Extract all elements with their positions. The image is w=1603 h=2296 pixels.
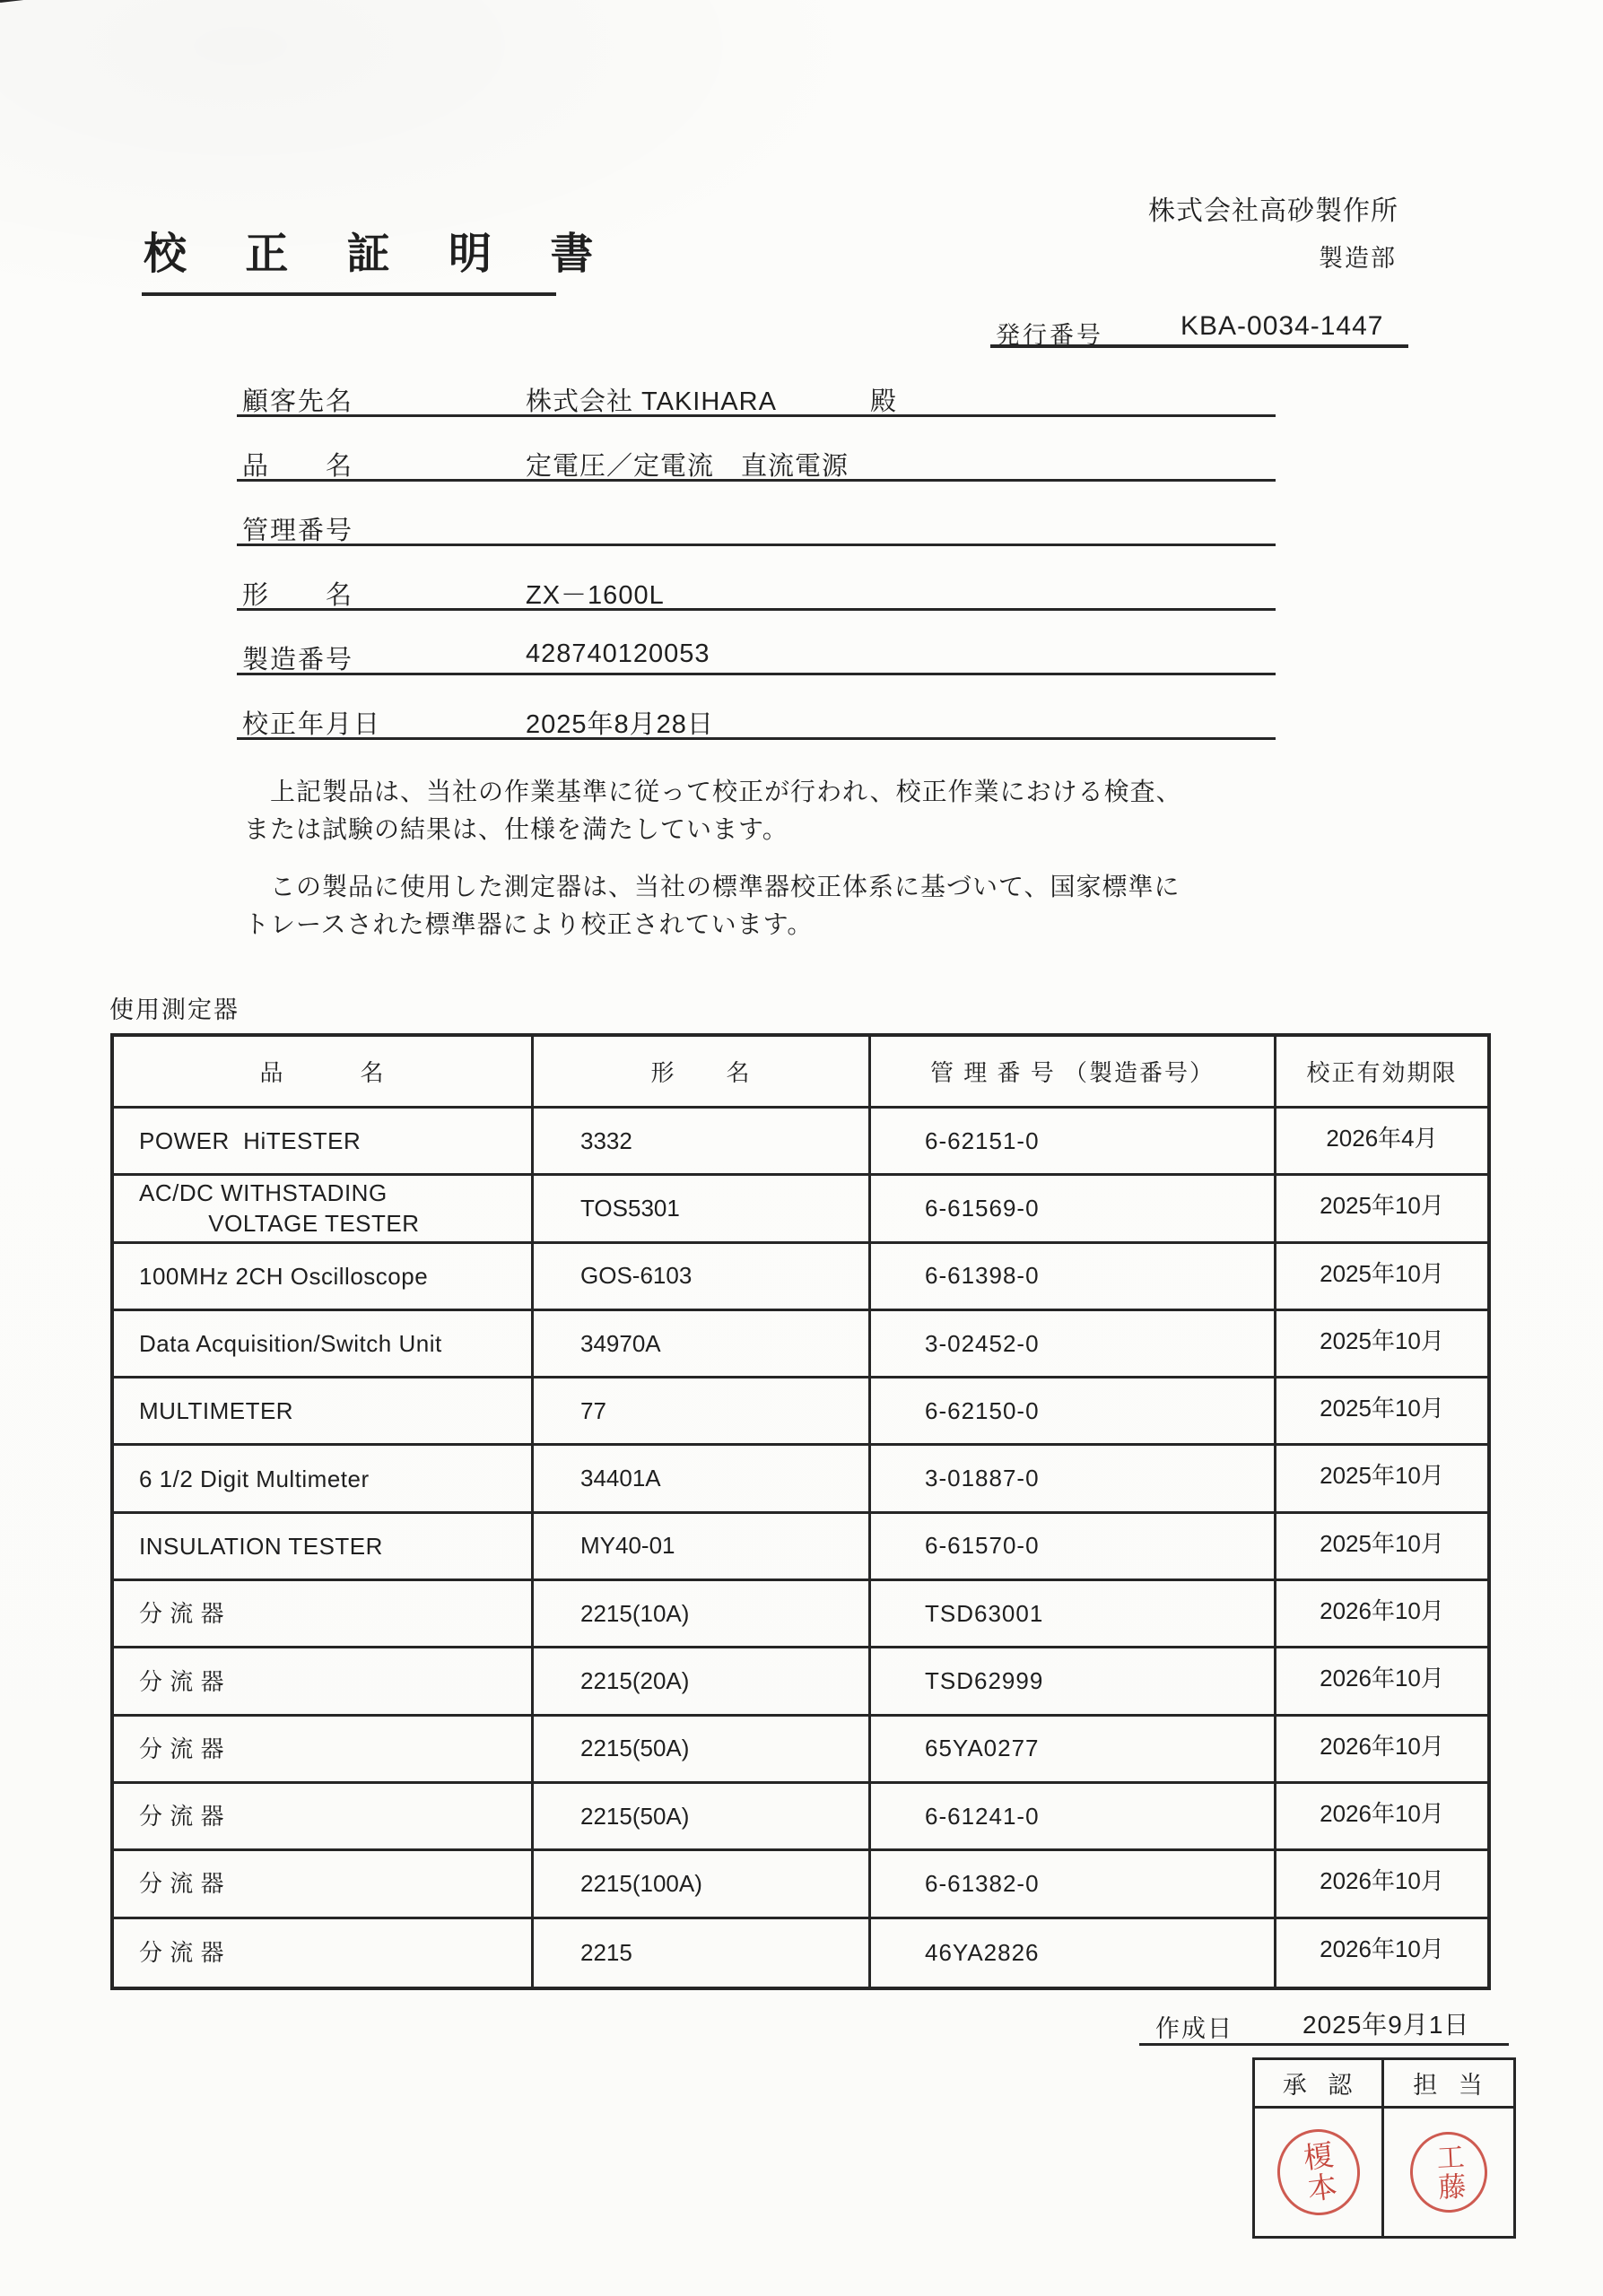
- field-label-control-number: 管理番号: [242, 510, 353, 547]
- field-value-customer: 株式会社 TAKIHARA: [526, 381, 777, 418]
- cell-control-no: 6-61398-0: [871, 1244, 1276, 1311]
- issuer-department: 製造部: [1319, 239, 1397, 274]
- cell-model: 2215(50A): [534, 1717, 871, 1784]
- statement-paragraph-1: 上記製品は、当社の作業基準に従って校正が行われ、校正作業における検査、 または試…: [244, 773, 1302, 848]
- cell-valid-until: 2026年10月: [1276, 1919, 1487, 1987]
- cell-control-no: 6-61570-0: [871, 1514, 1276, 1581]
- cell-name: 分 流 器: [114, 1581, 534, 1648]
- cell-name: Data Acquisition/Switch Unit: [114, 1311, 534, 1378]
- field-value-product-name: 定電圧／定電流 直流電源: [526, 446, 849, 483]
- staff-seal-stamp: 工藤: [1408, 2130, 1490, 2214]
- cell-model: MY40-01: [534, 1514, 871, 1581]
- cell-valid-until: 2026年10月: [1276, 1717, 1487, 1784]
- title-underline: [142, 292, 556, 296]
- certificate-title: 校 正 証 明 書: [144, 219, 558, 281]
- created-date-label: 作成日: [1155, 2009, 1233, 2044]
- approver-seal-stamp: 榎本: [1272, 2125, 1364, 2220]
- statement-paragraph-2: この製品に使用した測定器は、当社の標準器校正体系に基づいて、国家標準に トレース…: [244, 868, 1302, 944]
- cell-valid-until: 2026年10月: [1276, 1851, 1487, 1918]
- header-cell-name: 品 名: [114, 1037, 534, 1109]
- field-label-model-name: 形 名: [242, 575, 353, 612]
- field-suffix-dono: 殿: [870, 381, 896, 418]
- cell-control-no: 6-62151-0: [871, 1109, 1276, 1176]
- field-underline: [237, 737, 1276, 740]
- staff-header-cell: 担 当: [1384, 2060, 1513, 2109]
- cell-model: 2215(50A): [534, 1784, 871, 1851]
- cell-valid-until: 2026年10月: [1276, 1648, 1487, 1716]
- header-cell-valid-until: 校正有効期限: [1276, 1037, 1487, 1109]
- cell-name: 分 流 器: [114, 1919, 534, 1987]
- cell-valid-until: 2025年10月: [1276, 1176, 1487, 1243]
- cell-name: 分 流 器: [114, 1851, 534, 1918]
- cell-model: 34970A: [534, 1311, 871, 1378]
- cell-valid-until: 2025年10月: [1276, 1311, 1487, 1378]
- cell-model: 3332: [534, 1109, 871, 1176]
- field-value-model-name: ZX－1600L: [526, 575, 665, 612]
- approval-table: 承 認 担 当 榎本 工藤: [1252, 2057, 1516, 2239]
- cell-valid-until: 2025年10月: [1276, 1378, 1487, 1446]
- cell-name: 分 流 器: [114, 1784, 534, 1851]
- field-underline: [237, 673, 1276, 675]
- cell-valid-until: 2026年10月: [1276, 1784, 1487, 1851]
- field-label-customer: 顧客先名: [242, 381, 353, 418]
- instruments-table: 品 名 形 名 管 理 番 号 （製造番号） 校正有効期限 POWER HiTE…: [110, 1033, 1491, 1990]
- cell-control-no: 65YA0277: [871, 1717, 1276, 1784]
- field-value-calibration-date: 2025年8月28日: [526, 704, 714, 741]
- cell-control-no: 3-02452-0: [871, 1311, 1276, 1378]
- field-value-serial-number: 428740120053: [526, 639, 710, 669]
- blank-strike-line: [0, 0, 179, 3]
- issue-number-underline: [990, 344, 1408, 348]
- cell-model: 2215(100A): [534, 1851, 871, 1918]
- cell-name: AC/DC WITHSTADING VOLTAGE TESTER: [114, 1176, 534, 1243]
- cell-model: 2215: [534, 1919, 871, 1987]
- cell-control-no: TSD62999: [871, 1648, 1276, 1716]
- cell-model: 34401A: [534, 1446, 871, 1513]
- field-underline: [237, 544, 1276, 546]
- field-label-product-name: 品 名: [242, 446, 353, 483]
- cell-control-no: 6-62150-0: [871, 1378, 1276, 1446]
- cell-name: MULTIMETER: [114, 1378, 534, 1446]
- cell-name: 100MHz 2CH Oscilloscope: [114, 1244, 534, 1311]
- cell-control-no: 6-61241-0: [871, 1784, 1276, 1851]
- cell-model: 2215(20A): [534, 1648, 871, 1716]
- cell-control-no: 3-01887-0: [871, 1446, 1276, 1513]
- cell-valid-until: 2026年10月: [1276, 1581, 1487, 1648]
- header-cell-control-no: 管 理 番 号 （製造番号）: [871, 1037, 1276, 1109]
- approval-header-cell: 承 認: [1255, 2060, 1384, 2109]
- cell-control-no: TSD63001: [871, 1581, 1276, 1648]
- cell-name: 6 1/2 Digit Multimeter: [114, 1446, 534, 1513]
- field-underline: [237, 608, 1276, 611]
- approval-stamp-cell: 榎本: [1255, 2109, 1384, 2236]
- field-label-calibration-date: 校正年月日: [242, 704, 381, 741]
- staff-stamp-cell: 工藤: [1384, 2109, 1513, 2236]
- created-date-value: 2025年9月1日: [1302, 2005, 1469, 2041]
- cell-model: 77: [534, 1378, 871, 1446]
- cell-control-no: 6-61569-0: [871, 1176, 1276, 1243]
- cell-valid-until: 2025年10月: [1276, 1446, 1487, 1513]
- cell-name: 分 流 器: [114, 1648, 534, 1716]
- cell-name: INSULATION TESTER: [114, 1514, 534, 1581]
- cell-model: 2215(10A): [534, 1581, 871, 1648]
- cell-model: GOS-6103: [534, 1244, 871, 1311]
- issuer-company: 株式会社高砂製作所: [1148, 188, 1398, 228]
- header-cell-model: 形 名: [534, 1037, 871, 1109]
- cell-control-no: 46YA2826: [871, 1919, 1276, 1987]
- field-underline: [237, 479, 1276, 482]
- field-label-serial-number: 製造番号: [242, 639, 353, 676]
- cell-name: 分 流 器: [114, 1717, 534, 1784]
- cell-valid-until: 2026年4月: [1276, 1109, 1487, 1176]
- cell-name: POWER HiTESTER: [114, 1109, 534, 1176]
- issue-number-value: KBA-0034-1447: [1180, 311, 1384, 342]
- field-underline: [237, 414, 1276, 417]
- cell-control-no: 6-61382-0: [871, 1851, 1276, 1918]
- cell-valid-until: 2025年10月: [1276, 1514, 1487, 1581]
- instruments-section-label: 使用測定器: [109, 990, 240, 1025]
- certificate-page: 株式会社高砂製作所 製造部 校 正 証 明 書 発行番号 KBA-0034-14…: [0, 0, 1603, 2296]
- cell-valid-until: 2025年10月: [1276, 1244, 1487, 1311]
- created-date-underline: [1139, 2043, 1509, 2046]
- cell-model: TOS5301: [534, 1176, 871, 1243]
